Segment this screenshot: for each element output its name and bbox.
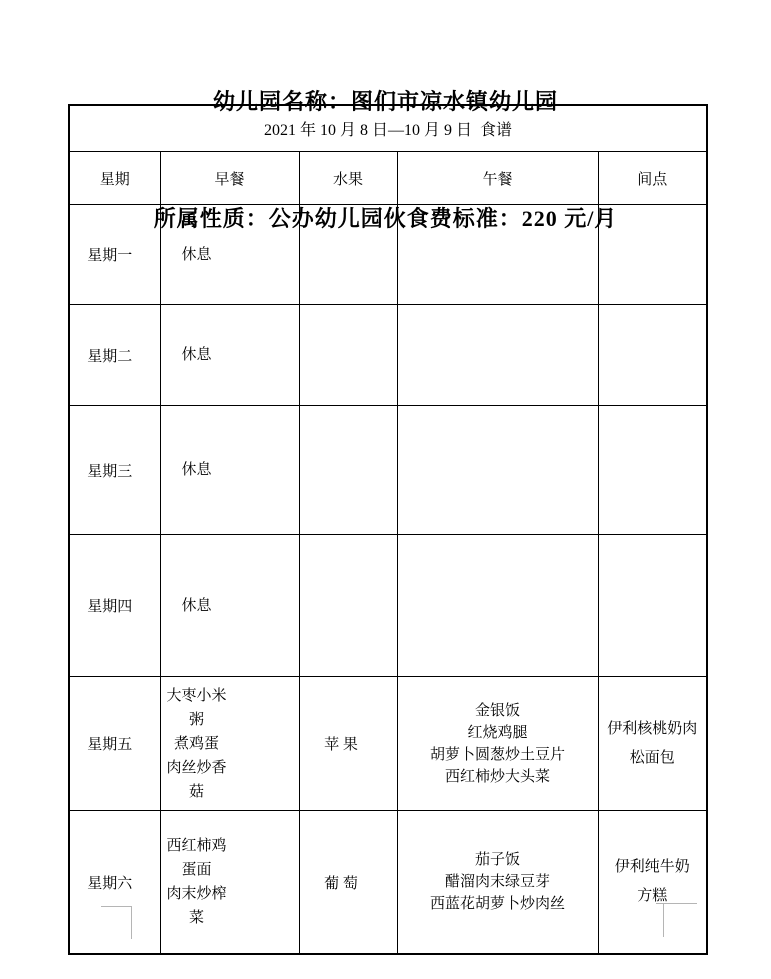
cell-thu-lunch <box>397 535 598 677</box>
cell-mon-lunch <box>397 205 598 305</box>
col-header-snack: 间点 <box>598 152 707 205</box>
menu-item-line: 肉末炒榨菜 <box>161 882 233 930</box>
menu-item-line: 煮鸡蛋 <box>161 732 233 756</box>
row-thursday: 星期四 休息 <box>69 535 707 677</box>
menu-item-line: 醋溜肉末绿豆芽 <box>398 871 598 893</box>
cell-sat-day: 星期六 <box>69 811 160 955</box>
cursor-artifact-vertical <box>663 903 664 937</box>
menu-item-line: 金银饭 <box>398 700 598 722</box>
cell-wed-day: 星期三 <box>69 406 160 535</box>
cell-tue-snack <box>598 305 707 406</box>
cell-fri-lunch: 金银饭 红烧鸡腿 胡萝卜圆葱炒土豆片 西红柿炒大头菜 <box>397 677 598 811</box>
cell-tue-day: 星期二 <box>69 305 160 406</box>
cell-wed-snack <box>598 406 707 535</box>
table-caption: 2021 年 10 月 8 日—10 月 9 日 食谱 <box>69 105 707 152</box>
cell-thu-breakfast: 休息 <box>160 535 299 677</box>
row-tuesday: 星期二 休息 <box>69 305 707 406</box>
cell-fri-breakfast: 大枣小米粥 煮鸡蛋 肉丝炒香菇 <box>160 677 299 811</box>
cursor-artifact-vertical <box>131 906 132 939</box>
col-header-day: 星期 <box>69 152 160 205</box>
menu-item-line: 松面包 <box>599 744 707 773</box>
cell-fri-fruit: 苹 果 <box>299 677 397 811</box>
cell-fri-snack: 伊利核桃奶肉 松面包 <box>598 677 707 811</box>
menu-item-line: 胡萝卜圆葱炒土豆片 <box>398 744 598 766</box>
cell-sat-breakfast: 西红柿鸡蛋面 肉末炒榨菜 <box>160 811 299 955</box>
menu-item-line: 西红柿鸡蛋面 <box>161 834 233 882</box>
cell-tue-fruit <box>299 305 397 406</box>
cell-mon-snack <box>598 205 707 305</box>
cursor-artifact-horizontal <box>101 906 132 907</box>
caption-row: 2021 年 10 月 8 日—10 月 9 日 食谱 <box>69 105 707 152</box>
cell-mon-fruit <box>299 205 397 305</box>
menu-item-line: 西蓝花胡萝卜炒肉丝 <box>398 893 598 915</box>
cell-sat-lunch: 茄子饭 醋溜肉末绿豆芽 西蓝花胡萝卜炒肉丝 <box>397 811 598 955</box>
header-row: 星期 早餐 水果 午餐 间点 <box>69 152 707 205</box>
row-friday: 星期五 大枣小米粥 煮鸡蛋 肉丝炒香菇 苹 果 金银饭 红烧鸡腿 胡萝卜圆葱炒土… <box>69 677 707 811</box>
cell-thu-fruit <box>299 535 397 677</box>
row-monday: 星期一 休息 <box>69 205 707 305</box>
menu-item-line: 伊利核桃奶肉 <box>599 715 707 744</box>
cell-mon-breakfast: 休息 <box>160 205 299 305</box>
menu-item-line: 大枣小米粥 <box>161 684 233 732</box>
cell-wed-breakfast: 休息 <box>160 406 299 535</box>
menu-item-line: 伊利纯牛奶 <box>599 853 707 882</box>
cell-mon-day: 星期一 <box>69 205 160 305</box>
menu-item-line: 西红柿炒大头菜 <box>398 766 598 788</box>
menu-item-line: 红烧鸡腿 <box>398 722 598 744</box>
cell-wed-fruit <box>299 406 397 535</box>
col-header-lunch: 午餐 <box>397 152 598 205</box>
menu-item-line: 方糕 <box>599 882 707 911</box>
cell-thu-day: 星期四 <box>69 535 160 677</box>
cell-thu-snack <box>598 535 707 677</box>
cell-sat-fruit: 葡 萄 <box>299 811 397 955</box>
cell-wed-lunch <box>397 406 598 535</box>
menu-item-line: 肉丝炒香菇 <box>161 756 233 804</box>
menu-table: 2021 年 10 月 8 日—10 月 9 日 食谱 星期 早餐 水果 午餐 … <box>68 104 708 955</box>
cell-tue-breakfast: 休息 <box>160 305 299 406</box>
cell-fri-day: 星期五 <box>69 677 160 811</box>
menu-item-line: 茄子饭 <box>398 849 598 871</box>
cell-tue-lunch <box>397 305 598 406</box>
row-wednesday: 星期三 休息 <box>69 406 707 535</box>
col-header-fruit: 水果 <box>299 152 397 205</box>
document-page: 幼儿园名称：图们市凉水镇幼儿园 所属性质：公办幼儿园伙食费标准：220 元/月 … <box>0 0 771 979</box>
cell-sat-snack: 伊利纯牛奶 方糕 <box>598 811 707 955</box>
row-saturday: 星期六 西红柿鸡蛋面 肉末炒榨菜 葡 萄 茄子饭 醋溜肉末绿豆芽 西蓝花胡萝卜炒… <box>69 811 707 955</box>
col-header-breakfast: 早餐 <box>160 152 299 205</box>
